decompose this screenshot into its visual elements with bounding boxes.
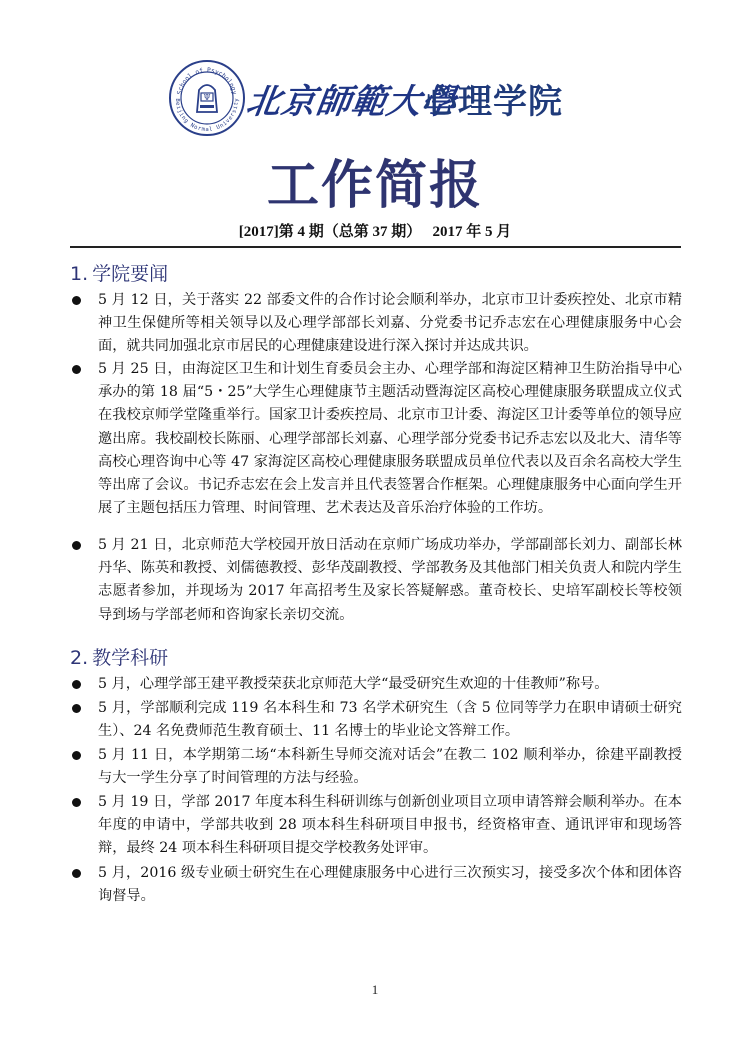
list-item: 5 月，2016 级专业硕士研究生在心理健康服务中心进行三次预实习，接受多次个体… bbox=[70, 862, 682, 908]
list-item-text: 5 月 25 日，由海淀区卫生和计划生育委员会主办、心理学部和海淀区精神卫生防治… bbox=[98, 358, 682, 520]
section-title: 教学科研 bbox=[92, 647, 168, 669]
list-item-text: 5 月，心理学部王建平教授荣获北京师范大学“最受研究生欢迎的十佳教师”称号。 bbox=[98, 673, 682, 696]
list-item: 5 月，学部顺利完成 119 名本科生和 73 名学术研究生（含 5 位同等学力… bbox=[70, 697, 682, 743]
department-name: 心理学院 bbox=[423, 74, 563, 123]
bullet-icon bbox=[72, 680, 81, 689]
university-seal-logo: Ψ School of Psychology Beijing Normal Un… bbox=[169, 60, 245, 136]
list-item-text: 5 月 11 日，本学期第二场“本科新生导师交流对话会”在教二 102 顺利举办… bbox=[98, 744, 682, 790]
masthead: Ψ School of Psychology Beijing Normal Un… bbox=[165, 58, 585, 138]
list-item-text: 5 月 12 日，关于落实 22 部委文件的合作讨论会顺利举办，北京市卫计委疾控… bbox=[98, 289, 682, 359]
svg-text:School of Psychology: School of Psychology bbox=[176, 67, 238, 96]
section-number: 1. bbox=[70, 263, 88, 285]
list-item: 5 月 25 日，由海淀区卫生和计划生育委员会主办、心理学部和海淀区精神卫生防治… bbox=[70, 358, 682, 520]
bell-seal-icon: Ψ School of Psychology Beijing Normal Un… bbox=[171, 62, 243, 134]
section-title: 学院要闻 bbox=[92, 263, 168, 285]
issue-line: [2017]第 4 期（总第 37 期） 2017 年 5 月 bbox=[0, 220, 750, 241]
bullet-icon bbox=[72, 704, 81, 713]
section-heading-teaching-research: 2.教学科研 bbox=[70, 643, 168, 670]
list-item-text: 5 月 19 日，学部 2017 年度本科生科研训练与创新创业项目立项申请答辩会… bbox=[98, 791, 682, 861]
header-divider bbox=[70, 246, 681, 248]
page-number: 1 bbox=[0, 982, 750, 998]
list-item: 5 月 21 日，北京师范大学校园开放日活动在京师广场成功举办，学部副部长刘力、… bbox=[70, 534, 682, 627]
list-item: 5 月 12 日，关于落实 22 部委文件的合作讨论会顺利举办，北京市卫计委疾控… bbox=[70, 289, 682, 359]
section-heading-news: 1.学院要闻 bbox=[70, 259, 168, 286]
list-item: 5 月 19 日，学部 2017 年度本科生科研训练与创新创业项目立项申请答辩会… bbox=[70, 791, 682, 861]
section-number: 2. bbox=[70, 647, 88, 669]
list-item: 5 月，心理学部王建平教授荣获北京师范大学“最受研究生欢迎的十佳教师”称号。 bbox=[70, 673, 682, 696]
bullet-icon bbox=[72, 798, 81, 807]
list-item-text: 5 月，2016 级专业硕士研究生在心理健康服务中心进行三次预实习，接受多次个体… bbox=[98, 862, 682, 908]
svg-text:Ψ: Ψ bbox=[203, 93, 210, 102]
list-item-text: 5 月 21 日，北京师范大学校园开放日活动在京师广场成功举办，学部副部长刘力、… bbox=[98, 534, 682, 627]
svg-text:Beijing Normal University: Beijing Normal University bbox=[174, 98, 240, 133]
list-item-text: 5 月，学部顺利完成 119 名本科生和 73 名学术研究生（含 5 位同等学力… bbox=[98, 697, 682, 743]
bullet-icon bbox=[72, 296, 81, 305]
bullet-icon bbox=[72, 869, 81, 878]
list-item: 5 月 11 日，本学期第二场“本科新生导师交流对话会”在教二 102 顺利举办… bbox=[70, 744, 682, 790]
document-title: 工作简报 bbox=[0, 143, 750, 218]
bullet-icon bbox=[72, 365, 81, 374]
bullet-icon bbox=[72, 541, 81, 550]
bullet-icon bbox=[72, 751, 81, 760]
